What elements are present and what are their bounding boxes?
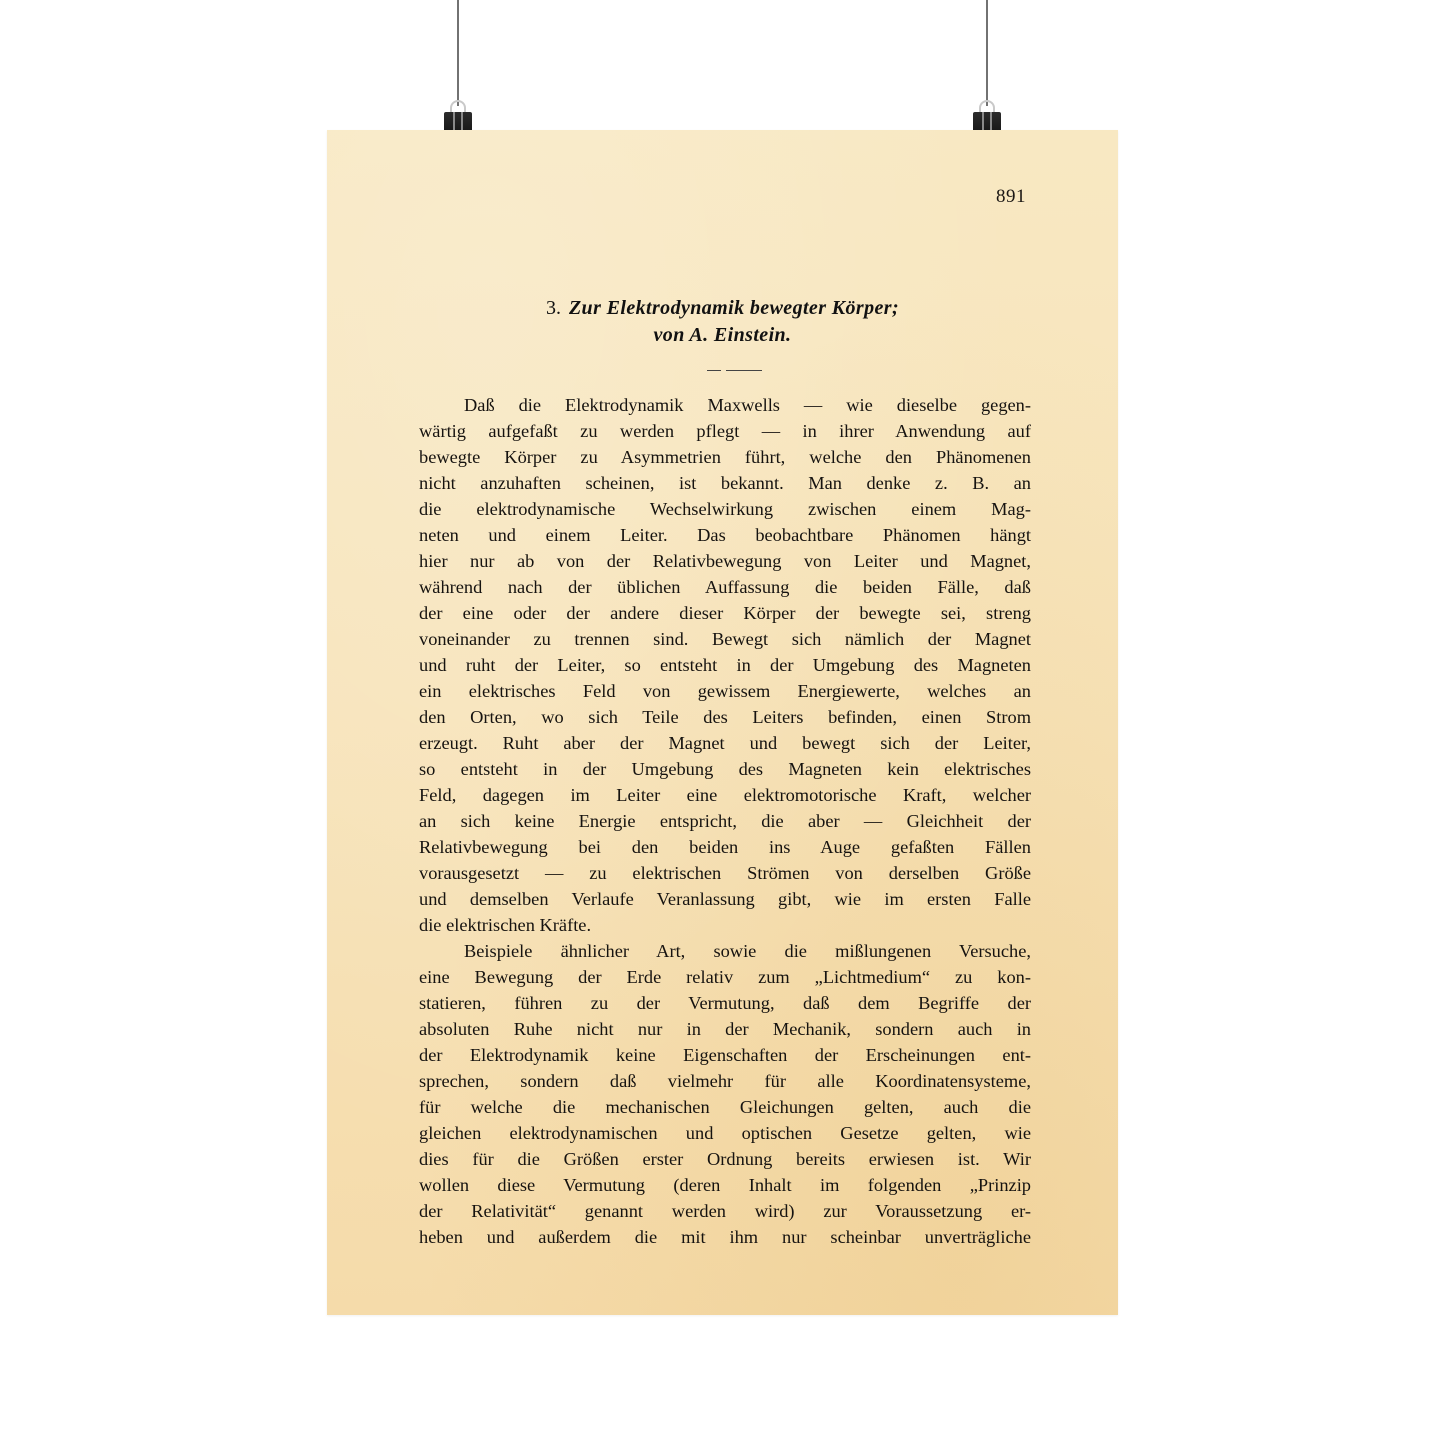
paragraph: Daß die Elektrodynamik Maxwells — wie di… <box>419 392 1031 938</box>
text-line: Feld, dagegen im Leiter eine elektromoto… <box>419 782 1031 808</box>
poster-page: 891 3.Zur Elektrodynamik bewegter Körper… <box>327 130 1118 1315</box>
text-line: und demselben Verlaufe Veranlassung gibt… <box>419 886 1031 912</box>
text-line: gleichen elektrodynamischen und optische… <box>419 1120 1031 1146</box>
text-line: der Elektrodynamik keine Eigenschaften d… <box>419 1042 1031 1068</box>
title-line-1: 3.Zur Elektrodynamik bewegter Körper; <box>327 295 1118 322</box>
text-line: Relativbewegung bei den beiden ins Auge … <box>419 834 1031 860</box>
text-line: statieren, führen zu der Vermutung, daß … <box>419 990 1031 1016</box>
text-line: die elektrodynamische Wechselwirkung zwi… <box>419 496 1031 522</box>
text-line: Beispiele ähnlicher Art, sowie die mißlu… <box>419 938 1031 964</box>
text-line: hier nur ab von der Relativbewegung von … <box>419 548 1031 574</box>
text-line: der Relativität“ genannt werden wird) zu… <box>419 1198 1031 1224</box>
text-line: den Orten, wo sich Teile des Leiters bef… <box>419 704 1031 730</box>
text-line: für welche die mechanischen Gleichungen … <box>419 1094 1031 1120</box>
text-line: erzeugt. Ruht aber der Magnet und bewegt… <box>419 730 1031 756</box>
text-line: und ruht der Leiter, so entsteht in der … <box>419 652 1031 678</box>
text-line: absoluten Ruhe nicht nur in der Mechanik… <box>419 1016 1031 1042</box>
text-line: ein elektrisches Feld von gewissem Energ… <box>419 678 1031 704</box>
paragraph: Beispiele ähnlicher Art, sowie die mißlu… <box>419 938 1031 1250</box>
text-line: vorausgesetzt — zu elektrischen Strömen … <box>419 860 1031 886</box>
text-line: eine Bewegung der Erde relativ zum „Lich… <box>419 964 1031 990</box>
text-line: bewegte Körper zu Asymmetrien führt, wel… <box>419 444 1031 470</box>
author-line: von A. Einstein. <box>654 324 792 346</box>
text-line: der eine oder der andere dieser Körper d… <box>419 600 1031 626</box>
page-number: 891 <box>996 186 1026 208</box>
text-line: Daß die Elektrodynamik Maxwells — wie di… <box>419 392 1031 418</box>
title-text: Zur Elektrodynamik bewegter Körper; <box>569 297 899 319</box>
text-line: an sich keine Energie entspricht, die ab… <box>419 808 1031 834</box>
text-line: so entsteht in der Umgebung des Magneten… <box>419 756 1031 782</box>
section-number: 3. <box>546 297 561 319</box>
text-line: wollen diese Vermutung (deren Inhalt im … <box>419 1172 1031 1198</box>
title-line-2: von A. Einstein. <box>327 322 1118 349</box>
text-line: neten und einem Leiter. Das beobachtbare… <box>419 522 1031 548</box>
text-line: heben und außerdem die mit ihm nur schei… <box>419 1224 1031 1250</box>
article-title: 3.Zur Elektrodynamik bewegter Körper; vo… <box>327 295 1118 349</box>
hanging-wire-left <box>457 0 459 106</box>
text-line: dies für die Größen erster Ordnung berei… <box>419 1146 1031 1172</box>
title-divider <box>707 370 762 371</box>
text-line: voneinander zu trennen sind. Bewegt sich… <box>419 626 1031 652</box>
text-line: wärtig aufgefaßt zu werden pflegt — in i… <box>419 418 1031 444</box>
hanging-wire-right <box>986 0 988 106</box>
text-line: sprechen, sondern daß vielmehr für alle … <box>419 1068 1031 1094</box>
text-line: die elektrischen Kräfte. <box>419 912 1031 938</box>
article-body: Daß die Elektrodynamik Maxwells — wie di… <box>419 392 1031 1250</box>
text-line: nicht anzuhaften scheinen, ist bekannt. … <box>419 470 1031 496</box>
text-line: während nach der üblichen Auffassung die… <box>419 574 1031 600</box>
